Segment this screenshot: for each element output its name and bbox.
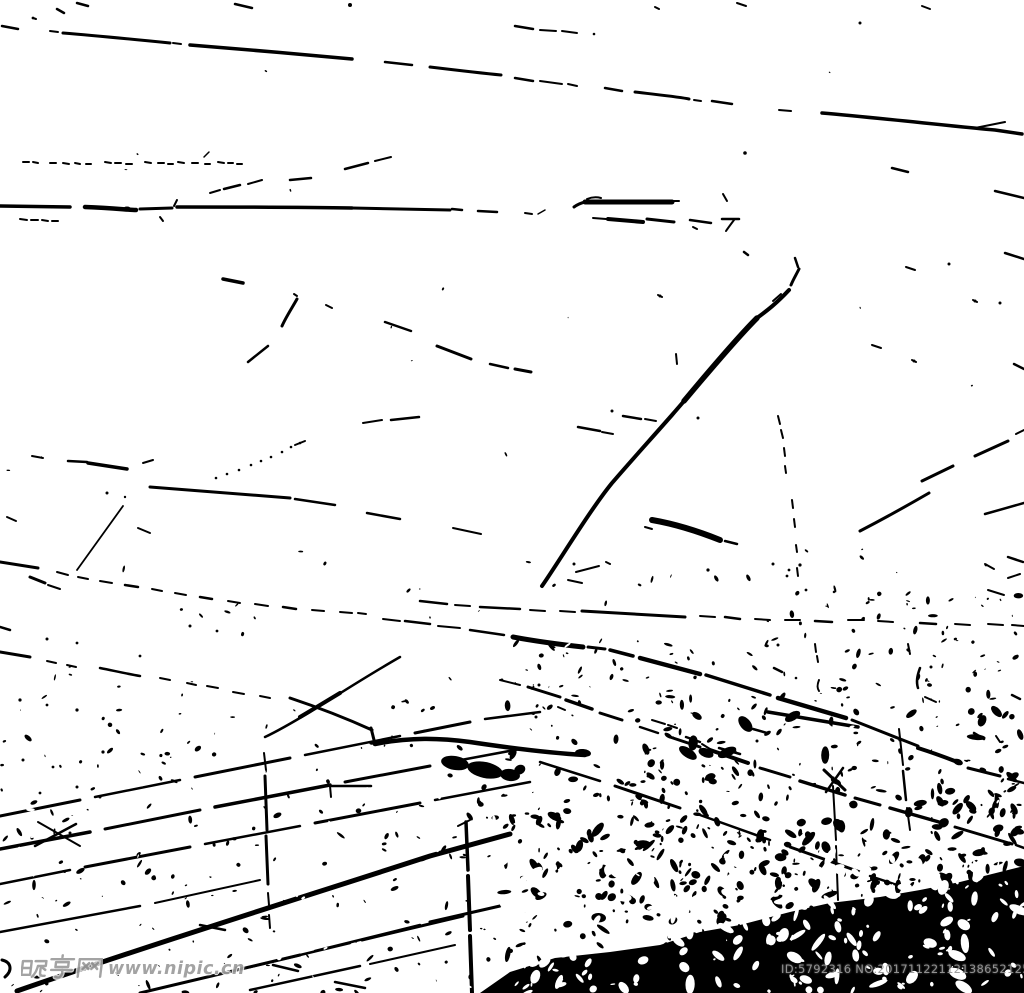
texture-background xyxy=(0,0,1024,993)
grunge-texture-image: www.nipic.cn ID:5792316 NO:2017112211213… xyxy=(0,0,1024,993)
scratch-texture-svg xyxy=(0,0,1024,993)
